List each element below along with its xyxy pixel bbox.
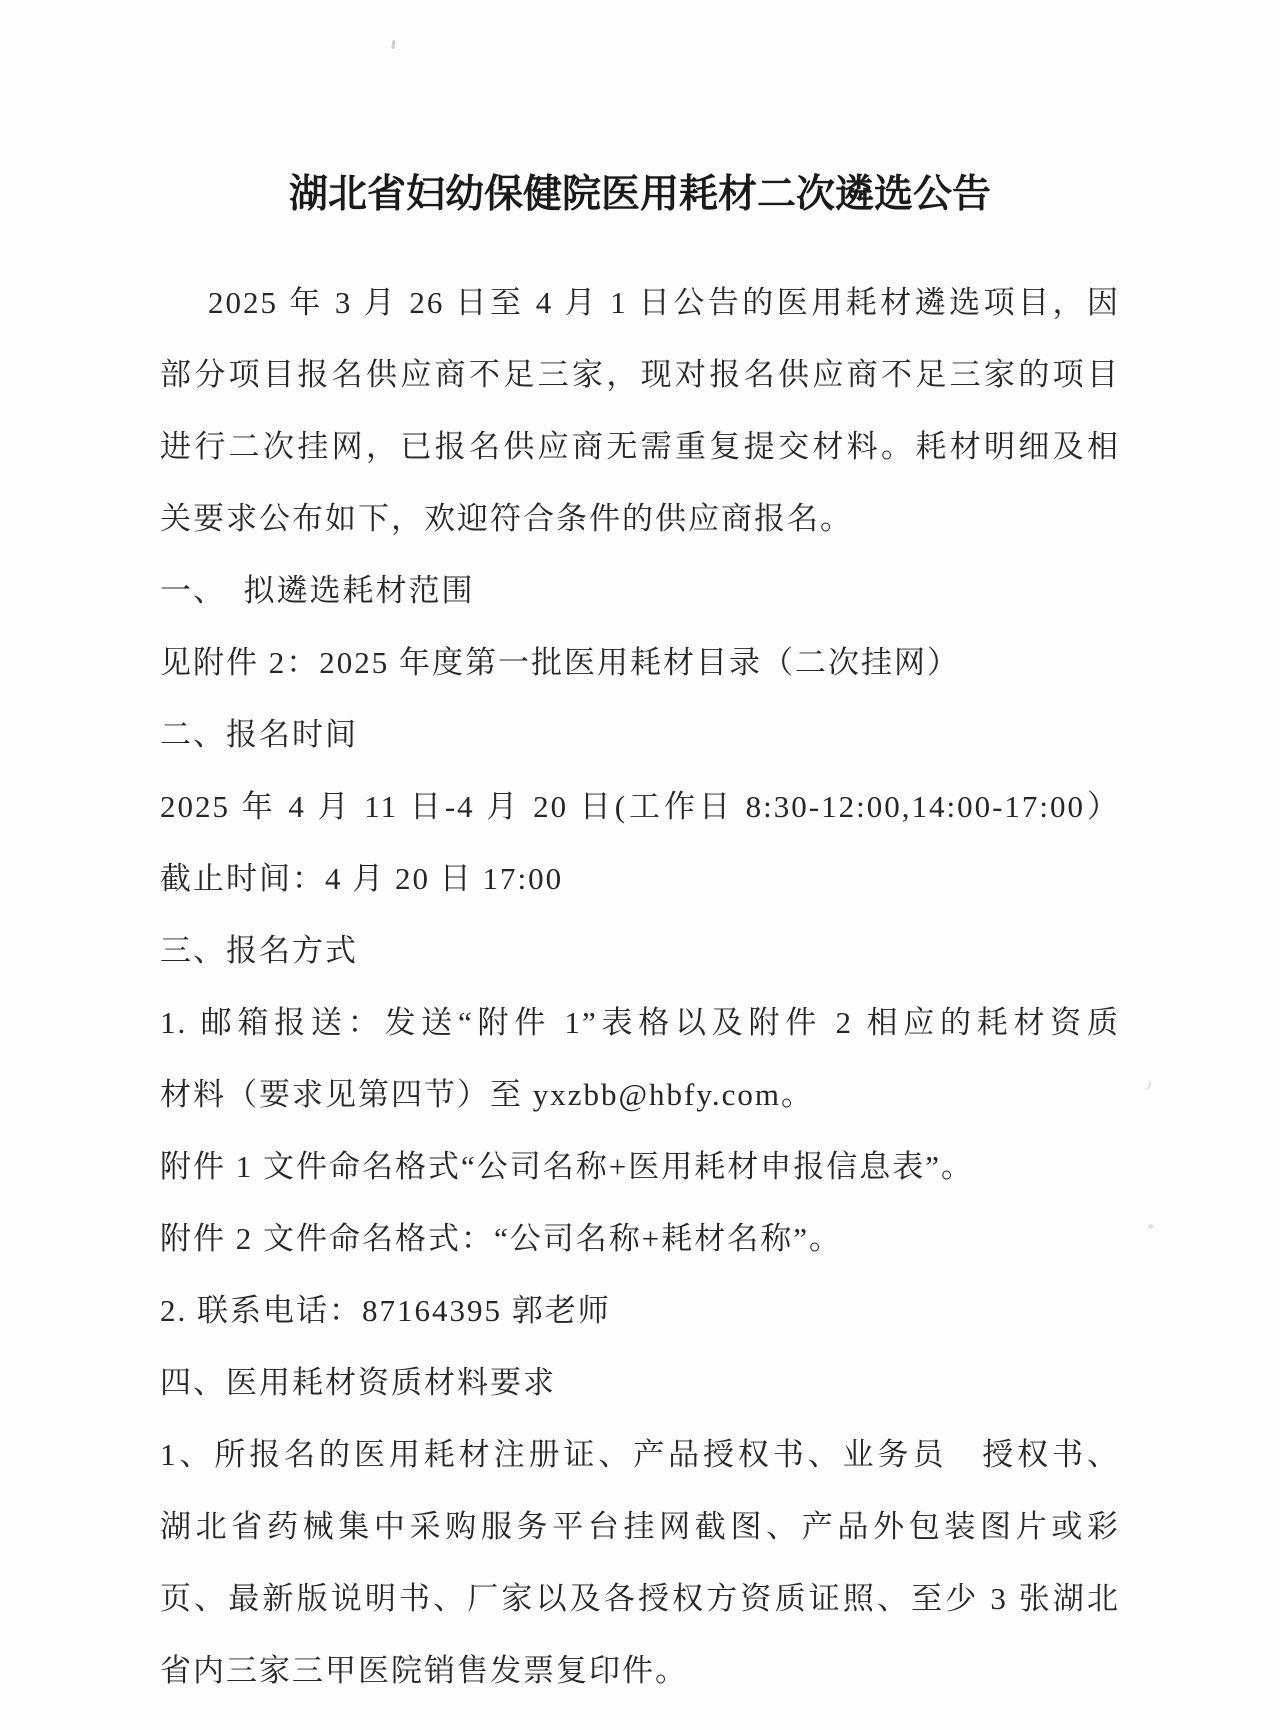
doc-line: 湖北省药械集中采购服务平台挂网截图、产品外包装图片或彩 bbox=[160, 1491, 1120, 1563]
doc-line: 省内三家三甲医院销售发票复印件。 bbox=[160, 1635, 1120, 1707]
document-body: 2025 年 3 月 26 日至 4 月 1 日公告的医用耗材遴选项目，因 部分… bbox=[160, 267, 1120, 1707]
doc-line: 2. 联系电话：87164395 郭老师 bbox=[160, 1275, 1120, 1347]
doc-line: 进行二次挂网，已报名供应商无需重复提交材料。耗材明细及相 bbox=[160, 411, 1120, 483]
doc-line: 一、 拟遴选耗材范围 bbox=[160, 555, 1120, 627]
doc-line: 材料（要求见第四节）至 yxzbb@hbfy.com。 bbox=[160, 1059, 1120, 1131]
doc-line: 关要求公布如下，欢迎符合条件的供应商报名。 bbox=[160, 483, 1120, 555]
doc-line: 二、报名时间 bbox=[160, 699, 1120, 771]
doc-line: 2025 年 4 月 11 日-4 月 20 日(工作日 8:30-12:00,… bbox=[160, 771, 1120, 843]
doc-line: 页、最新版说明书、厂家以及各授权方资质证照、至少 3 张湖北 bbox=[160, 1563, 1120, 1635]
scan-artifact bbox=[1148, 1224, 1153, 1229]
doc-line: 截止时间：4 月 20 日 17:00 bbox=[160, 843, 1120, 915]
doc-line: 附件 1 文件命名格式“公司名称+医用耗材申报信息表”。 bbox=[160, 1131, 1120, 1203]
doc-line: 见附件 2：2025 年度第一批医用耗材目录（二次挂网） bbox=[160, 627, 1120, 699]
document-title: 湖北省妇幼保健院医用耗材二次遴选公告 bbox=[0, 174, 1280, 216]
doc-line: 三、报名方式 bbox=[160, 915, 1120, 987]
doc-line: 附件 2 文件命名格式：“公司名称+耗材名称”。 bbox=[160, 1203, 1120, 1275]
scan-artifact bbox=[1138, 1076, 1153, 1092]
doc-line: 1. 邮箱报送：发送“附件 1”表格以及附件 2 相应的耗材资质 bbox=[160, 987, 1120, 1059]
scan-artifact bbox=[391, 40, 395, 49]
document-page: 湖北省妇幼保健院医用耗材二次遴选公告 2025 年 3 月 26 日至 4 月 … bbox=[0, 0, 1280, 1730]
doc-line: 2025 年 3 月 26 日至 4 月 1 日公告的医用耗材遴选项目，因 bbox=[160, 267, 1120, 339]
doc-line: 1、所报名的医用耗材注册证、产品授权书、业务员 授权书、 bbox=[160, 1419, 1120, 1491]
doc-line: 部分项目报名供应商不足三家，现对报名供应商不足三家的项目 bbox=[160, 339, 1120, 411]
doc-line: 四、医用耗材资质材料要求 bbox=[160, 1347, 1120, 1419]
